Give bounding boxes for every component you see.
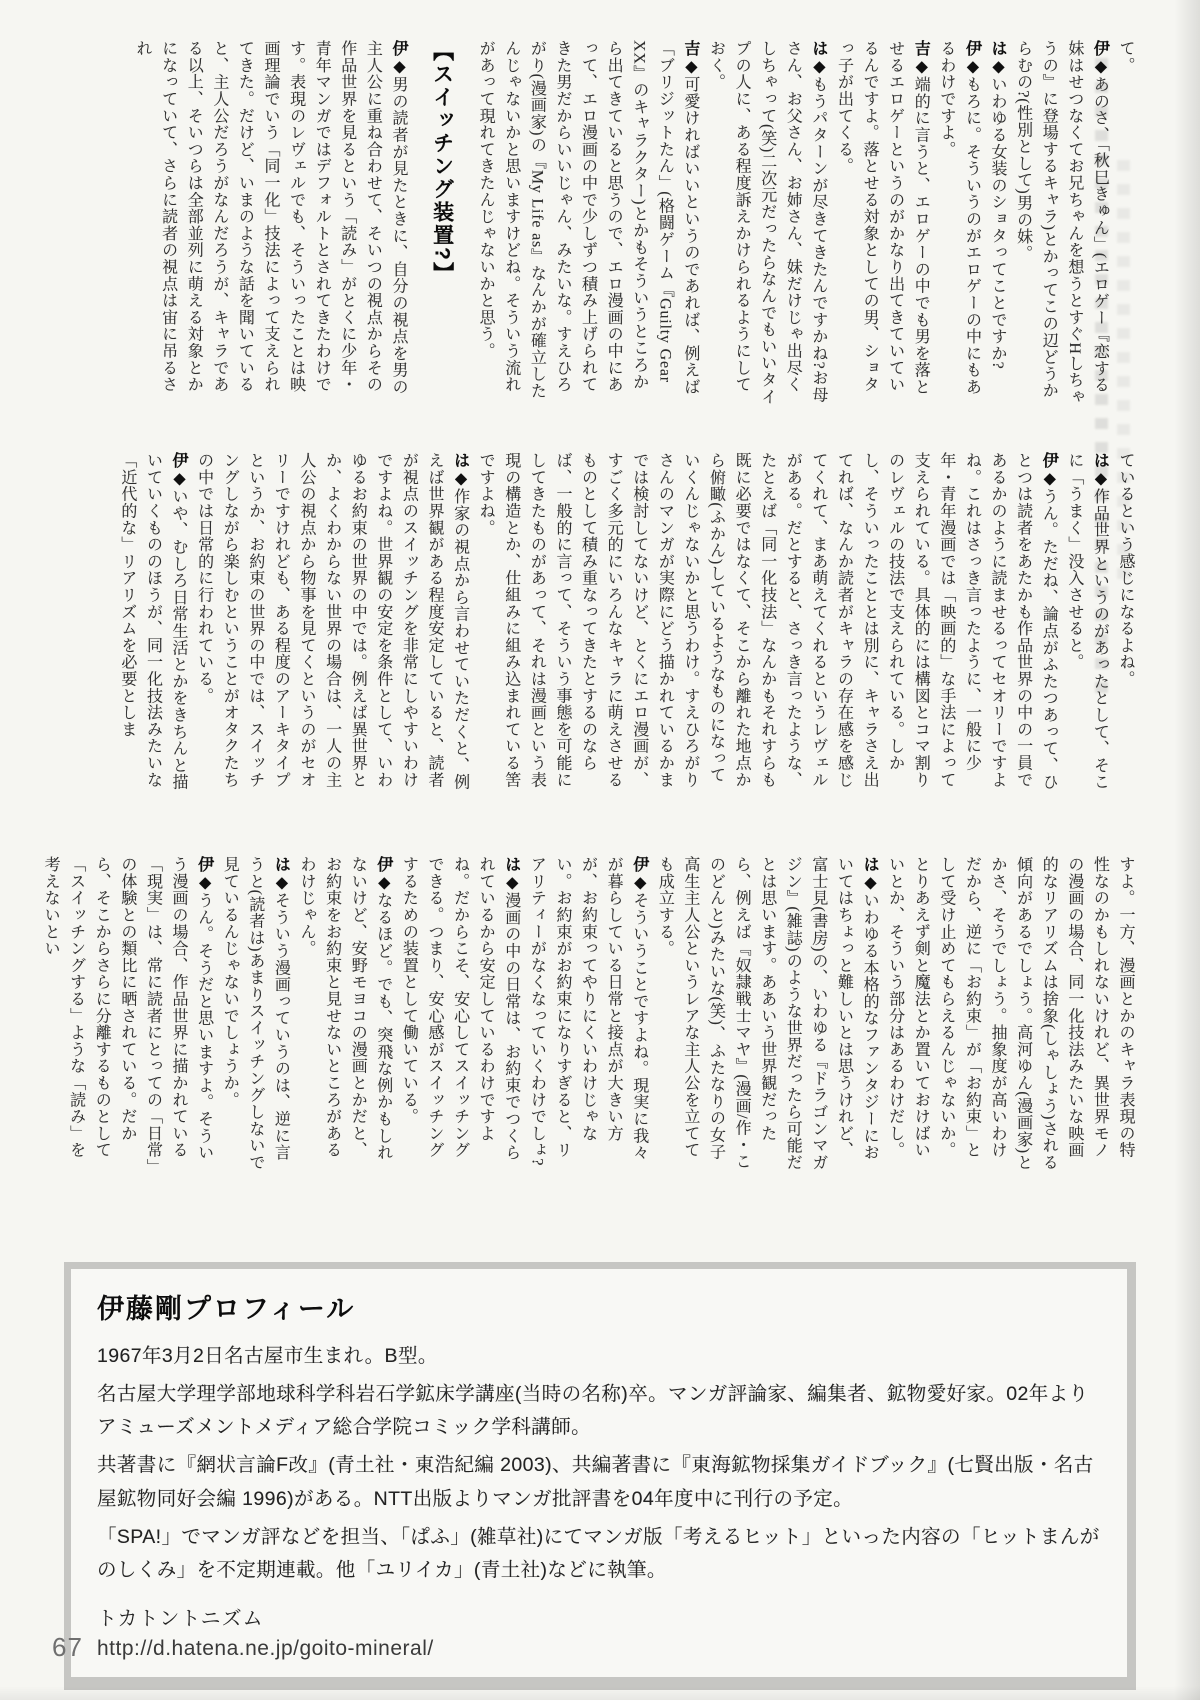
- speaker-marker: 伊◆: [1091, 40, 1108, 76]
- page-edge-shading: [0, 1686, 1200, 1700]
- profile-site-name: トカトントニズム: [97, 1602, 1101, 1631]
- interview-paragraph: は◆漫画の中の日常は、お約束でつくられているから安定しているわけですよね。だから…: [396, 856, 524, 1174]
- speaker-marker: は◆: [1091, 452, 1108, 488]
- interview-paragraph: て。: [1112, 40, 1138, 406]
- speaker-marker: 伊◆: [1040, 452, 1057, 488]
- page-number: 67: [52, 1632, 83, 1663]
- profile-box: 伊藤剛プロフィール 1967年3月2日名古屋市生まれ。B型。名古屋大学理学部地球…: [64, 1262, 1136, 1690]
- interview-paragraph: 伊◆もろに。そういうのがエロゲーの中にもあるわけですよ。: [933, 40, 984, 406]
- interview-band-middle: ているという感じになるよね。は◆作品世界というのがあったとして、そこに「うまく」…: [114, 452, 1138, 795]
- speaker-marker: は◆: [989, 40, 1006, 76]
- speaker-marker: は◆: [272, 856, 289, 892]
- interview-paragraph: 伊◆男の読者が見たときに、自分の視点を男の主人公に重ね合わせて、そいつの視点から…: [129, 40, 411, 406]
- speaker-marker: は◆: [503, 856, 520, 892]
- interview-paragraph: 伊◆あのさ、「秋巳きゅん」(エロゲー『恋する妹はせつなくてお兄ちゃんを想うとすぐ…: [1010, 40, 1112, 406]
- profile-line: 名古屋大学理学部地球科学科岩石学鉱床学講座(当時の名称)卒。マンガ評論家、編集者…: [97, 1378, 1101, 1445]
- interview-band-bottom: すよ。一方、漫画とかのキャラ表現の特性なのかもしれないけれど、異世界モノの漫画の…: [37, 856, 1138, 1174]
- interview-paragraph: 伊◆うん。そうだと思いますよ。そういう漫画の場合、作品世界に描かれている「現実」…: [37, 856, 216, 1174]
- speaker-marker: 伊◆: [375, 856, 392, 892]
- profile-heading: 伊藤剛プロフィール: [97, 1287, 1101, 1326]
- speaker-marker: 伊◆: [631, 856, 648, 892]
- speaker-marker: 伊◆: [963, 40, 980, 76]
- page-edge-shading: [1174, 0, 1200, 1700]
- interview-paragraph: 伊◆いや、むしろ日常生活とかをきちんと描いていくもののほうが、同一化技法みたいな…: [114, 452, 191, 795]
- profile-line: 「SPA!」でマンガ評などを担当、「ぱふ」(雑草社)にてマンガ版「考えるヒット」…: [97, 1521, 1101, 1588]
- interview-paragraph: は◆もうパターンが尽きてきたんですかね?お母さん、お父さん、お姉さん、妹だけじゃ…: [703, 40, 831, 406]
- profile-url: http://d.hatena.ne.jp/goito-mineral/: [97, 1637, 1101, 1661]
- interview-paragraph: 吉◆端的に言うと、エロゲーの中でも男を落とせるエロゲーというのがかなり出てきてい…: [831, 40, 933, 406]
- interview-paragraph: は◆作品世界というのがあったとして、そこに「うまく」没入させると。: [1061, 452, 1112, 795]
- section-heading: 【スイッチング装置?】: [425, 40, 459, 406]
- interview-paragraph: すよ。一方、漫画とかのキャラ表現の特性なのかもしれないけれど、異世界モノの漫画の…: [882, 856, 1138, 1174]
- interview-band-top: て。伊◆あのさ、「秋巳きゅん」(エロゲー『恋する妹はせつなくてお兄ちゃんを想うと…: [129, 40, 1138, 406]
- interview-paragraph: は◆作家の視点から言わせていただくと、例えば世界観がある程度安定していると、読者…: [191, 452, 473, 795]
- interview-paragraph: は◆そういう漫画っていうのは、逆に言うと(読者は)あまりスイッチングしないで見て…: [217, 856, 294, 1174]
- interview-paragraph: ているという感じになるよね。: [1112, 452, 1138, 795]
- speaker-marker: は◆: [810, 40, 827, 76]
- profile-line: 共著書に『網状言論F改』(青土社・東浩紀編 2003)、共編著書に『東海鉱物採集…: [97, 1449, 1101, 1516]
- interview-paragraph: は◆いわゆる女装のショタってことですか?: [984, 40, 1010, 406]
- interview-paragraph: は◆いわゆる本格的なファンタジーにおいてはちょっと難しいとは思うけれど、富士見(…: [652, 856, 882, 1174]
- interview-paragraph: 伊◆うん。ただね、論点がふたつあって、ひとつは読者をあたかも作品世界の中の一員で…: [473, 452, 1062, 795]
- speaker-marker: 伊◆: [196, 856, 213, 892]
- speaker-marker: 伊◆: [170, 452, 187, 488]
- interview-paragraph: 吉◆可愛ければいいというのであれば、例えば「ブリジットたん」(格闘ゲーム『Gui…: [473, 40, 703, 406]
- speaker-marker: は◆: [452, 452, 469, 488]
- profile-line: 1967年3月2日名古屋市生まれ。B型。: [97, 1340, 1101, 1374]
- scanned-page: て。伊◆あのさ、「秋巳きゅん」(エロゲー『恋する妹はせつなくてお兄ちゃんを想うと…: [0, 0, 1200, 1700]
- speaker-marker: は◆: [861, 856, 878, 892]
- profile-lines: 1967年3月2日名古屋市生まれ。B型。名古屋大学理学部地球科学科岩石学鉱床学講…: [97, 1340, 1101, 1588]
- interview-paragraph: 伊◆そういうことですよね。現実に我々が暮らしている日常と接点が大きい方が、お約束…: [524, 856, 652, 1174]
- speaker-marker: 伊◆: [390, 40, 407, 76]
- interview-paragraph: 伊◆なるほど。でも、突飛な例かもしれないけど、安野モヨコの漫画とかだと、お約束を…: [293, 856, 395, 1174]
- speaker-marker: 吉◆: [912, 40, 929, 76]
- speaker-marker: 吉◆: [682, 40, 699, 76]
